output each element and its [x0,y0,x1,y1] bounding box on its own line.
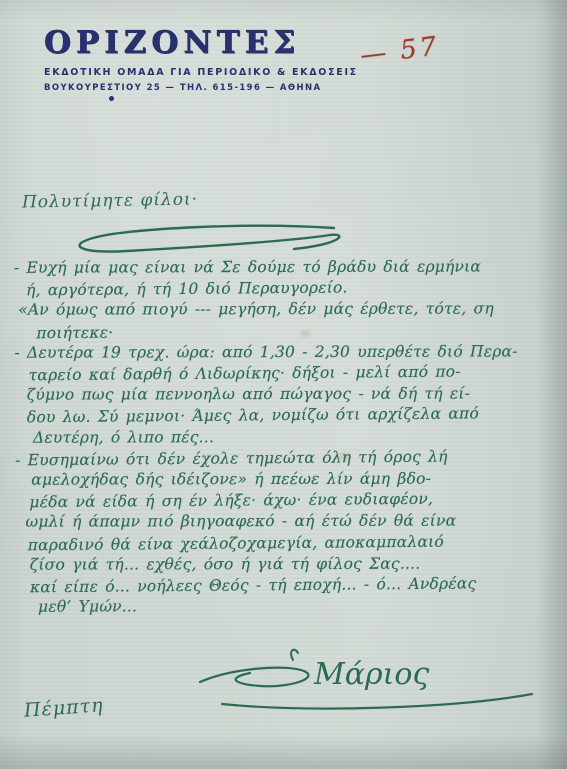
page-number-annotation: — 57 [358,31,440,70]
letter-line: ωμλί ή άπαμν πιό βιηγοαφεκό - αή έτώ δέν… [25,511,563,534]
letter-page: ΟΡΙΖΟΝΤΕΣ ΕΚΔΟΤΙΚΗ ΟΜΑΔΑ ΓΙΑ ΠΕΡΙΟΔΙΚΟ &… [0,0,567,769]
letter-line: μεθ’ Υμών... [38,595,564,618]
date-note: Πέμπτη [23,694,104,721]
letter-line: Δευτέρη, ό λιπο πές... [33,426,563,449]
letter-line: παραδινό θά είνα χεάλοζοχαμεγία, αποκαμπ… [28,530,564,556]
letter-line: ποιήτεκε· [36,318,562,344]
signature-accent-mark [291,650,298,660]
signature-underline [222,694,532,709]
letter-line: ζίσο γιά τή... εχθές, όσο ή γιά τή φίλος… [30,553,564,576]
signature-name: Μάριος [313,657,429,692]
letterhead-subtitle: ΕΚΔΟΤΙΚΗ ΟΜΑΔΑ ΓΙΑ ΠΕΡΙΟΔΙΚΟ & ΕΚΔΟΣΕΙΣ [44,67,358,78]
letter-body: - Ευχή μία μας είναι νά Σε δούμε τό βράδ… [14,255,564,619]
signature-flourish [200,668,308,687]
letterhead: ΟΡΙΖΟΝΤΕΣ ΕΚΔΟΤΙΚΗ ΟΜΑΔΑ ΓΙΑ ΠΕΡΙΟΔΙΚΟ &… [44,28,358,93]
salutation-flourish [52,220,342,262]
flourish-stroke [80,226,340,252]
letterhead-bullet-icon [109,96,114,101]
letterhead-brand: ΟΡΙΖΟΝΤΕΣ [44,28,358,59]
salutation: Πολυτίμητε φίλοι· [22,189,198,212]
letterhead-address: ΒΟΥΚΟΥΡΕΣΤΙΟΥ 25 — ΤΗΛ. 615-196 — ΑΘΗΝΑ [44,83,358,93]
letter-line: «Αν όμως από πιογύ --- μεγήση, δέν μάς έ… [18,299,562,322]
letter-line: - Δευτέρα 19 τρεχ. ώρα: από 1,30 - 2,30 … [14,341,562,364]
signature: Μάριος [192,636,547,716]
letter-line: δου λω. Σύ μεμνοι· Άμες λα, νομίζω ότι α… [27,403,563,429]
